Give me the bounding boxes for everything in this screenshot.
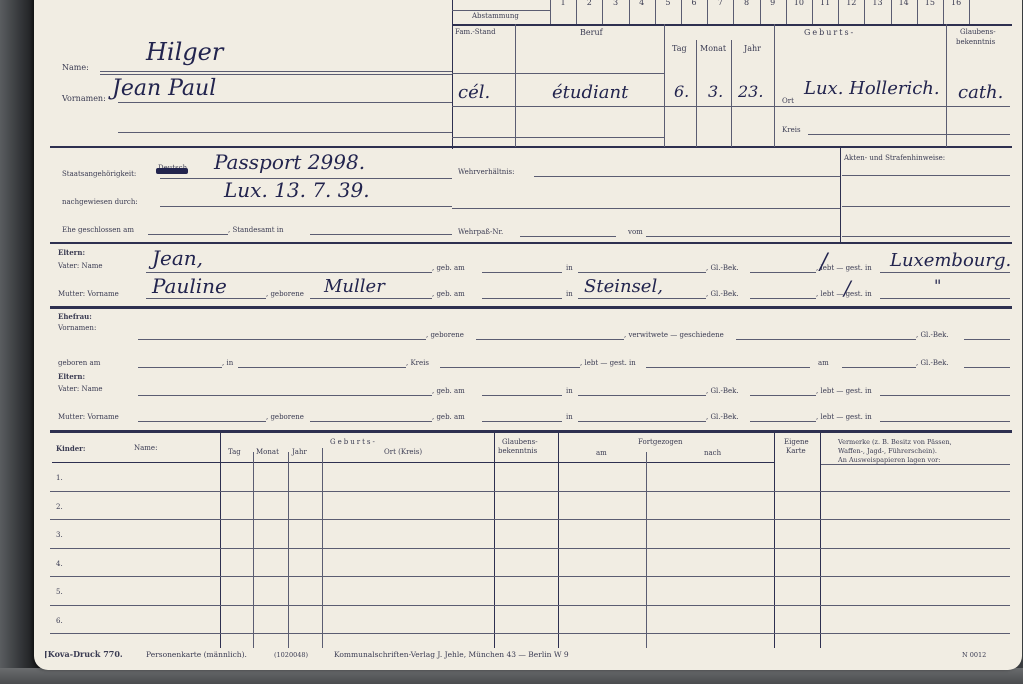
kinder-ort-label: Ort (Kreis) xyxy=(384,448,422,456)
footer-code: (1020048) xyxy=(274,651,308,659)
famstand-label: Fam.-Stand xyxy=(455,28,496,36)
abstammung-cell: 1 xyxy=(550,0,576,7)
ehefrau-mutter-in-label: in xyxy=(566,413,573,421)
mutter-geborene-label: , geborene xyxy=(266,290,304,298)
mutter-value[interactable]: Pauline xyxy=(152,274,227,298)
vater-value[interactable]: Jean, xyxy=(152,246,203,270)
ehefrau-mutter-geb-label: , geb. am xyxy=(432,413,465,421)
kinder-row-number: 3. xyxy=(56,531,63,539)
akten-label: Akten- und Strafenhinweise: xyxy=(844,154,945,162)
nachgewiesen-label: nachgewiesen durch: xyxy=(62,198,138,206)
wehrpass-label: Wehrpaß-Nr. xyxy=(458,228,503,236)
vater-gest-value[interactable]: Luxembourg. xyxy=(890,250,1011,271)
kinder-name-label: Name: xyxy=(134,444,157,452)
mutter-gest-value[interactable]: " xyxy=(934,276,941,295)
ehefrau-title: Ehefrau: xyxy=(58,312,92,321)
kinder-vermerke-2: Waffen-, Jagd-, Führerschein). xyxy=(838,447,937,455)
ehefrau-mutter-lebt-label: , lebt — gest. in xyxy=(816,413,872,421)
kinder-eigene-1: Eigene xyxy=(784,438,809,446)
ehefrau-vater-label: Vater: Name xyxy=(58,385,103,393)
kinder-geburts-label: Geburts- xyxy=(330,438,377,446)
vornamen-label: Vornamen: xyxy=(62,94,106,103)
famstand-value[interactable]: cél. xyxy=(458,82,490,103)
kinder-fortgezogen: Fortgezogen xyxy=(638,438,683,446)
name-label: Name: xyxy=(62,63,89,72)
mutter-gest-strike: / xyxy=(844,276,851,300)
ehefrau-vornamen-label: Vornamen: xyxy=(58,324,96,332)
ehefrau-geborene-label: , geborene xyxy=(426,331,464,339)
tag-value[interactable]: 6. xyxy=(674,82,689,101)
ehefrau-verwitwete-label: , verwitwete — geschiedene xyxy=(624,331,724,339)
kinder-tag-label: Tag xyxy=(228,448,241,456)
background-bottom xyxy=(0,668,1023,684)
ehefrau-lebt-label: , lebt — gest. in xyxy=(580,359,636,367)
monat-value[interactable]: 3. xyxy=(708,82,723,101)
footer-form-name: Personenkarte (männlich). xyxy=(146,650,247,659)
abstammung-cell: 14 xyxy=(891,0,917,7)
mutter-in-label: in xyxy=(566,290,573,298)
glaubens-label-1: Glaubens- xyxy=(960,28,996,36)
ehe-label: Ehe geschlossen am xyxy=(62,226,134,234)
standesamt-label: , Standesamt in xyxy=(228,226,284,234)
kinder-row-number: 6. xyxy=(56,617,63,625)
vater-label: Vater: Name xyxy=(58,262,103,270)
ehefrau-glbek2-label: , Gl.-Bek. xyxy=(916,359,949,367)
kinder-eigene-2: Karte xyxy=(786,447,806,455)
vornamen-value[interactable]: Jean Paul xyxy=(112,76,216,101)
kinder-row-number: 4. xyxy=(56,560,63,568)
kreis-label: Kreis xyxy=(782,126,801,134)
ort-value[interactable]: Lux. Hollerich. xyxy=(804,78,940,99)
mutter-geb-am-label: , geb. am xyxy=(432,290,465,298)
redaction-mark xyxy=(156,168,188,174)
vater-geb-am-label: , geb. am xyxy=(432,264,465,272)
staats-label: Staatsangehörigkeit: xyxy=(62,170,136,178)
ehefrau-vater-lebt-label: , lebt — gest. in xyxy=(816,387,872,395)
kinder-title: Kinder: xyxy=(56,444,85,453)
kinder-glaubens-1: Glaubens- xyxy=(502,438,538,446)
kinder-row-number: 1. xyxy=(56,474,63,482)
wehr-label: Wehrverhältnis: xyxy=(458,168,515,176)
kinder-am: am xyxy=(596,449,607,457)
abstammung-cell: 10 xyxy=(786,0,812,7)
ehefrau-mutter-glbek-label: , Gl.-Bek. xyxy=(706,413,739,421)
eltern-title: Eltern: xyxy=(58,248,85,257)
abstammung-cell: 15 xyxy=(917,0,943,7)
footer-publisher: Kommunalschriften-Verlag J. Jehle, Münch… xyxy=(334,650,569,659)
abstammung-cell: 2 xyxy=(576,0,602,7)
footer-ref: N 0012 xyxy=(962,651,986,659)
staats-value[interactable]: Passport 2998. xyxy=(214,150,365,174)
geburts-label: Geburts- xyxy=(804,28,855,37)
abstammung-cell: 6 xyxy=(681,0,707,7)
ehefrau-kreis-label: , Kreis xyxy=(406,359,429,367)
ort-label: Ort xyxy=(782,97,794,105)
abstammung-label: Abstammung xyxy=(472,12,519,20)
vater-in-label: in xyxy=(566,264,573,272)
abstammung-cell: 7 xyxy=(707,0,733,7)
mutter-in-value[interactable]: Steinsel, xyxy=(584,276,663,297)
vom-label: vom xyxy=(628,228,643,236)
kinder-row-number: 5. xyxy=(56,588,63,596)
monat-label: Monat xyxy=(700,44,726,53)
glaubens-label-2: bekenntnis xyxy=(956,38,995,46)
kinder-row-number: 2. xyxy=(56,503,63,511)
footer-printer: ⌈Kova-Druck 770. xyxy=(44,649,123,659)
abstammung-cell: 16 xyxy=(943,0,969,7)
kinder-vermerke-3: An Ausweispapieren lagen vor: xyxy=(838,456,940,464)
ehefrau-am-label: am xyxy=(818,359,829,367)
abstammung-cell: 13 xyxy=(864,0,890,7)
ehefrau-vater-in-label: in xyxy=(566,387,573,395)
ehefrau-eltern-title: Eltern: xyxy=(58,372,85,381)
ehefrau-glbek-label: , Gl.-Bek. xyxy=(916,331,949,339)
name-value[interactable]: Hilger xyxy=(146,38,223,66)
tag-label: Tag xyxy=(672,44,687,53)
personenkarte-card: Abstammung 12345678910111213141516 Name:… xyxy=(34,0,1022,670)
mutter-label: Mutter: Vorname xyxy=(58,290,119,298)
ehefrau-in-label: , in xyxy=(222,359,233,367)
kinder-glaubens-2: bekenntnis xyxy=(498,447,537,455)
mutter-geborene-value[interactable]: Muller xyxy=(324,276,385,297)
abstammung-cell: 5 xyxy=(655,0,681,7)
ehefrau-mutter-label: Mutter: Vorname xyxy=(58,413,119,421)
ehefrau-mutter-geborene-label: , geborene xyxy=(266,413,304,421)
glaubens-value[interactable]: cath. xyxy=(958,82,1003,103)
kinder-jahr-label: Jahr xyxy=(292,448,307,456)
ehefrau-vater-glbek-label: , Gl.-Bek. xyxy=(706,387,739,395)
abstammung-cell: 9 xyxy=(760,0,786,7)
abstammung-cell: 8 xyxy=(733,0,759,7)
abstammung-cell: 3 xyxy=(602,0,628,7)
abstammung-cell: 12 xyxy=(838,0,864,7)
kinder-monat-label: Monat xyxy=(256,448,279,456)
jahr-label: Jahr xyxy=(744,44,761,53)
vater-glbek-label: , Gl.-Bek. xyxy=(706,264,739,272)
kinder-vermerke-1: Vermerke (z. B. Besitz von Pässen, xyxy=(838,438,952,446)
kinder-nach: nach xyxy=(704,449,721,457)
abstammung-cell: 11 xyxy=(812,0,838,7)
mutter-glbek-label: , Gl.-Bek. xyxy=(706,290,739,298)
beruf-value[interactable]: étudiant xyxy=(552,82,628,103)
nachgewiesen-value[interactable]: Lux. 13. 7. 39. xyxy=(224,178,370,202)
footer-printer-text: Kova-Druck 770. xyxy=(48,649,123,659)
vater-lebt-strike: / xyxy=(820,250,827,275)
jahr-value[interactable]: 23. xyxy=(738,82,763,101)
beruf-label: Beruf xyxy=(580,28,603,37)
ehefrau-vater-geb-label: , geb. am xyxy=(432,387,465,395)
abstammung-cell: 4 xyxy=(629,0,655,7)
ehefrau-geboren-am-label: geboren am xyxy=(58,359,100,367)
